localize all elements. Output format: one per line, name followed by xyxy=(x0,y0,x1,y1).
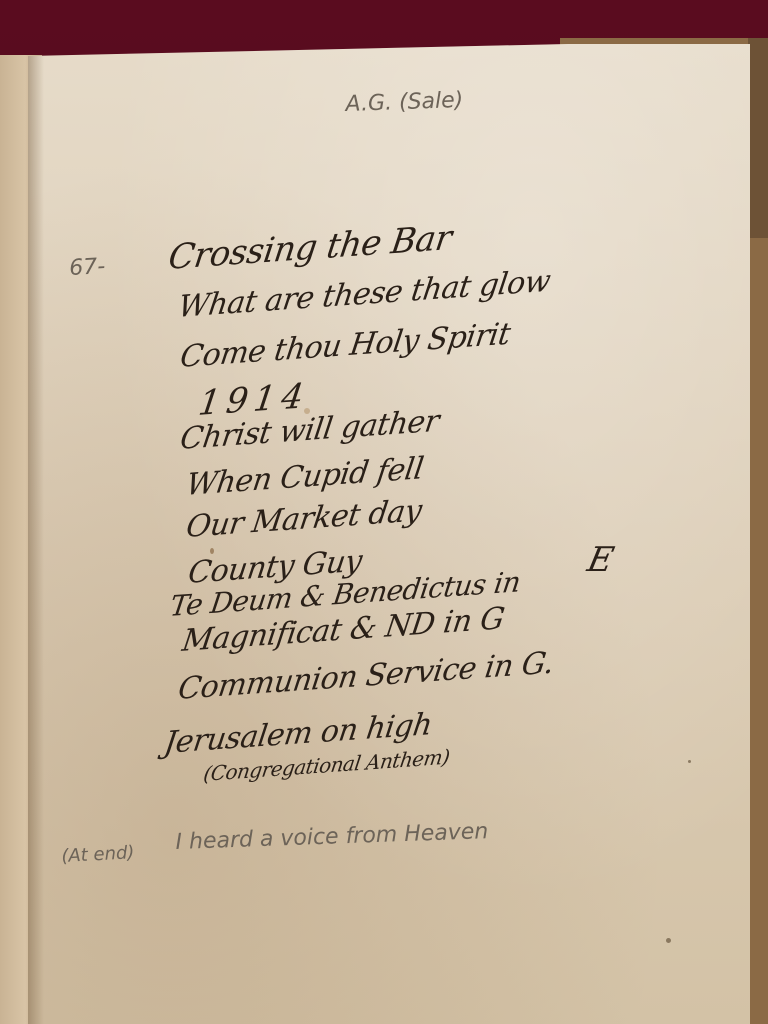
margin-number: 67- xyxy=(69,254,106,281)
header-annotation: A.G. (Sale) xyxy=(345,88,464,117)
manuscript-page xyxy=(28,44,750,1024)
cover-edge xyxy=(748,38,768,238)
paper-speck xyxy=(688,760,691,763)
page-gutter-shadow xyxy=(28,56,44,1024)
footer-margin-note: (At end) xyxy=(61,842,135,867)
photo-scene: A.G. (Sale) 67- Crossing the Bar What ar… xyxy=(0,0,768,1024)
paper-speck xyxy=(666,938,671,943)
